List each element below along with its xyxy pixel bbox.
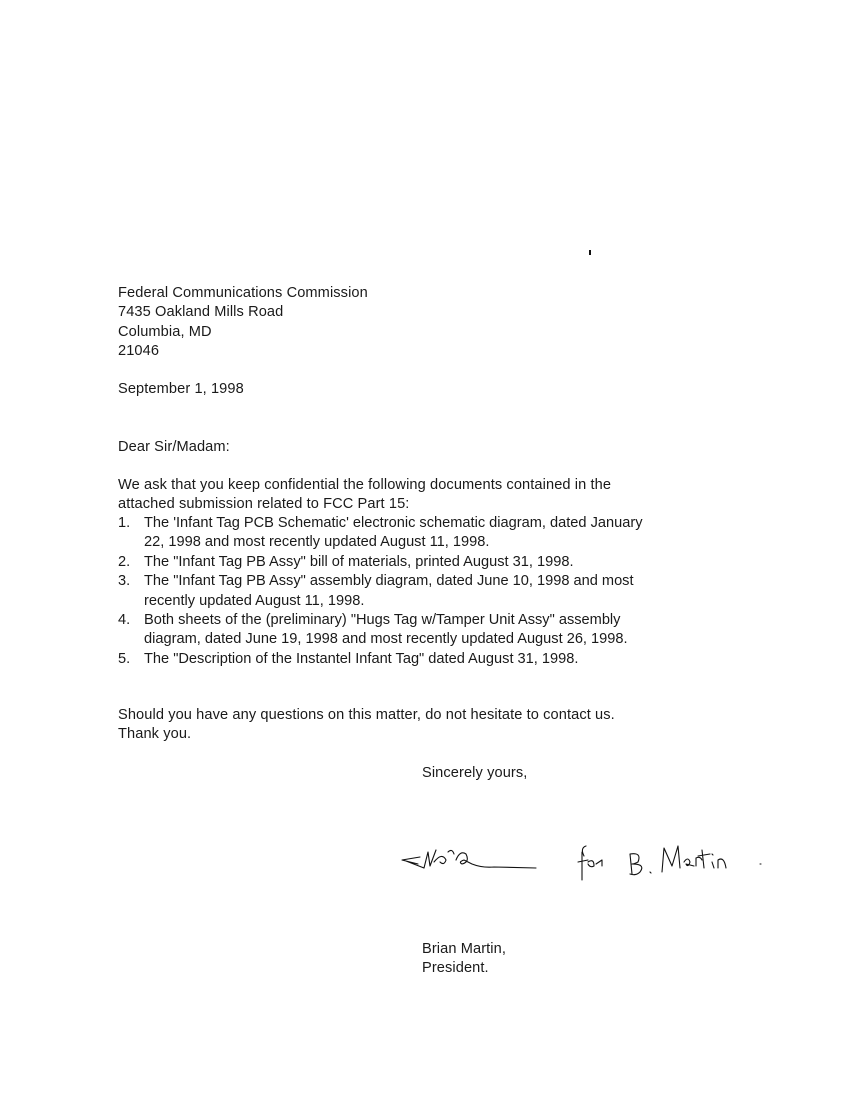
intro-line: attached submission related to FCC Part … — [118, 495, 611, 514]
closing-line: Thank you. — [118, 725, 615, 744]
letter-date: September 1, 1998 — [118, 380, 244, 399]
intro-line: We ask that you keep confidential the fo… — [118, 476, 611, 495]
list-item: 2. The "Infant Tag PB Assy" bill of mate… — [118, 553, 643, 572]
signer-title: President. — [422, 959, 506, 978]
intro-paragraph: We ask that you keep confidential the fo… — [118, 476, 611, 515]
address-line: 21046 — [118, 342, 368, 361]
sign-off: Sincerely yours, — [422, 764, 527, 783]
list-text: recently updated August 11, 1998. — [144, 592, 643, 611]
recipient-address: Federal Communications Commission 7435 O… — [118, 284, 368, 362]
list-number: 2. — [118, 553, 130, 572]
list-text: diagram, dated June 19, 1998 and most re… — [144, 630, 643, 649]
scan-speck — [589, 250, 591, 255]
list-number: 5. — [118, 650, 130, 669]
salutation: Dear Sir/Madam: — [118, 438, 230, 457]
letter-page: Federal Communications Commission 7435 O… — [0, 0, 851, 1095]
list-item: 1. The 'Infant Tag PCB Schematic' electr… — [118, 514, 643, 553]
list-text: The "Description of the Instantel Infant… — [144, 650, 643, 669]
signer-name: Brian Martin, — [422, 940, 506, 959]
closing-paragraph: Should you have any questions on this ma… — [118, 706, 615, 745]
list-text: Both sheets of the (preliminary) "Hugs T… — [144, 611, 643, 630]
list-item: 4. Both sheets of the (preliminary) "Hug… — [118, 611, 643, 650]
list-text: The "Infant Tag PB Assy" assembly diagra… — [144, 572, 643, 591]
closing-line: Should you have any questions on this ma… — [118, 706, 615, 725]
address-line: Columbia, MD — [118, 323, 368, 342]
list-text: The 'Infant Tag PCB Schematic' electroni… — [144, 514, 643, 533]
list-number: 1. — [118, 514, 130, 533]
list-number: 4. — [118, 611, 130, 630]
list-item: 5. The "Description of the Instantel Inf… — [118, 650, 643, 669]
handwritten-signature — [398, 838, 778, 888]
document-list: 1. The 'Infant Tag PCB Schematic' electr… — [118, 514, 643, 669]
address-line: Federal Communications Commission — [118, 284, 368, 303]
list-item: 3. The "Infant Tag PB Assy" assembly dia… — [118, 572, 643, 611]
list-number: 3. — [118, 572, 130, 591]
list-text: 22, 1998 and most recently updated Augus… — [144, 533, 643, 552]
signer-block: Brian Martin, President. — [422, 940, 506, 979]
list-text: The "Infant Tag PB Assy" bill of materia… — [144, 553, 643, 572]
address-line: 7435 Oakland Mills Road — [118, 303, 368, 322]
